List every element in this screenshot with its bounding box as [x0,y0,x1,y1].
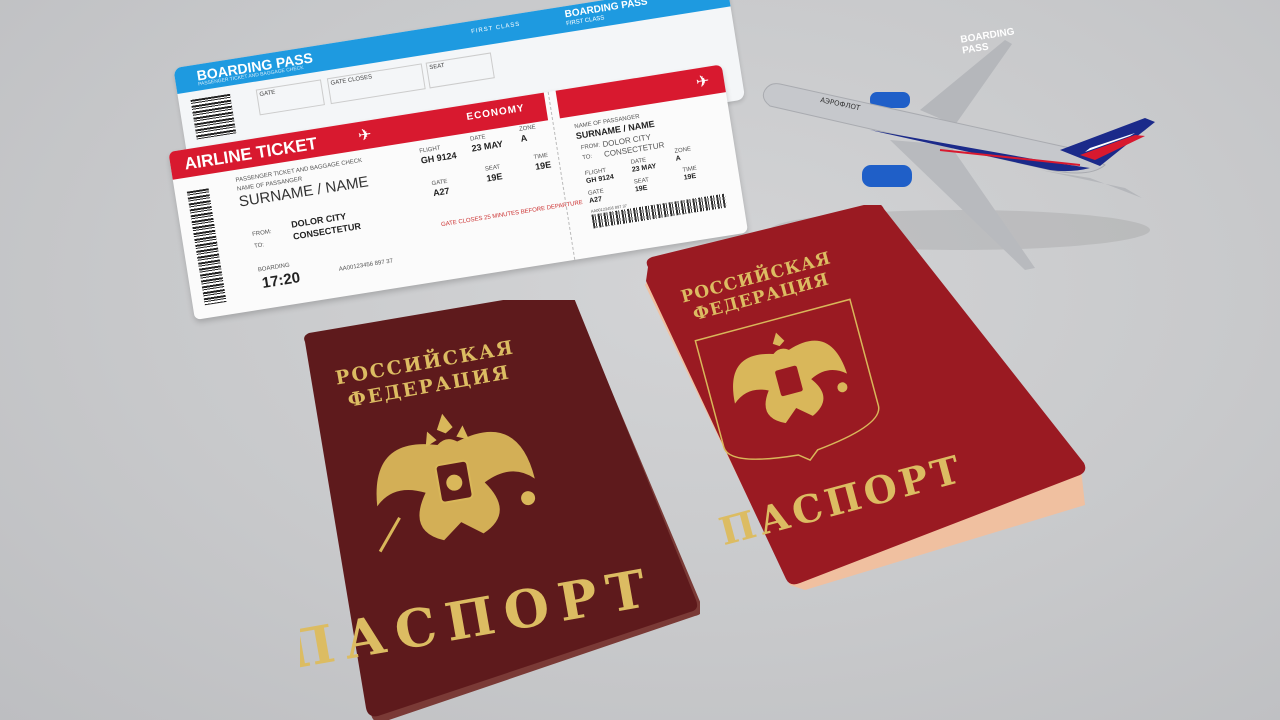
ticket-class: ECONOMY [466,103,526,123]
stub-time: 19E [683,173,696,182]
engine-lower [862,165,912,187]
stub-gate: A27 [589,196,603,205]
stub-seat: 19E [635,185,648,194]
boarding-pass-class: FIRST CLASS [471,22,521,36]
zone-value: A [520,133,528,144]
boarding-time: 17:20 [261,269,302,292]
stub-from-label: FROM: [580,143,600,152]
time-value: 19E [534,159,551,171]
to-label: TO: [254,242,265,249]
seat-box: SEAT [426,52,495,88]
gate-box: GATE [256,79,325,115]
airplane-icon: ✈ [357,124,373,146]
stub-zone-label: ZONE [674,146,691,155]
barcode [191,94,237,140]
gate-value: A27 [432,186,450,198]
zone-label: ZONE [519,124,536,133]
gate-note: GATE CLOSES 25 MINUTES BEFORE DEPARTURE [441,200,584,228]
gate-closes-box: GATE CLOSES [327,63,426,104]
passport-cover [646,205,1085,584]
from-label: FROM: [252,229,272,238]
stub-to-label: TO: [582,154,593,161]
stabilizer [1040,170,1142,198]
airplane-icon: ✈ [694,71,710,93]
ticket-number: AA00123456 897 37 [338,258,393,272]
wing-upper [920,40,1012,125]
barcode [187,188,227,305]
boarding-pass-right-title: BOARDING PASS [564,0,648,20]
seat-value: 19E [486,171,503,183]
stub-zone: A [675,155,681,163]
passport-foreign: РОССИЙСКАЯ ФЕДЕРАЦИЯ ПАСПОРТ [640,205,1090,595]
